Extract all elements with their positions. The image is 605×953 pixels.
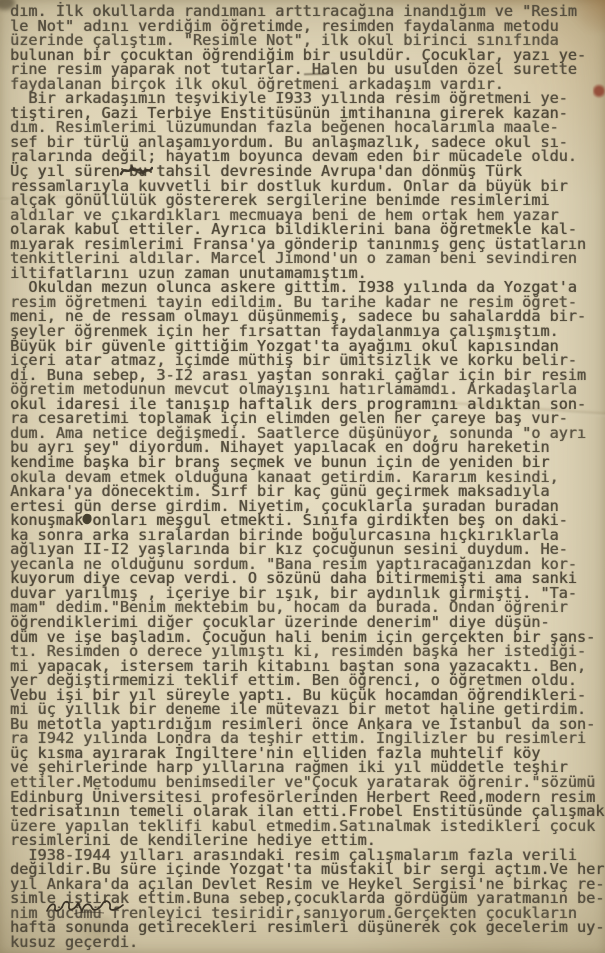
typewritten-text: dım. İlk okullarda randımanı arttıracağı… [10,4,605,950]
text-line: kusuz geçerdi. [10,935,605,950]
scanned-typewritten-page: dım. İlk okullarda randımanı arttıracağı… [0,0,605,953]
